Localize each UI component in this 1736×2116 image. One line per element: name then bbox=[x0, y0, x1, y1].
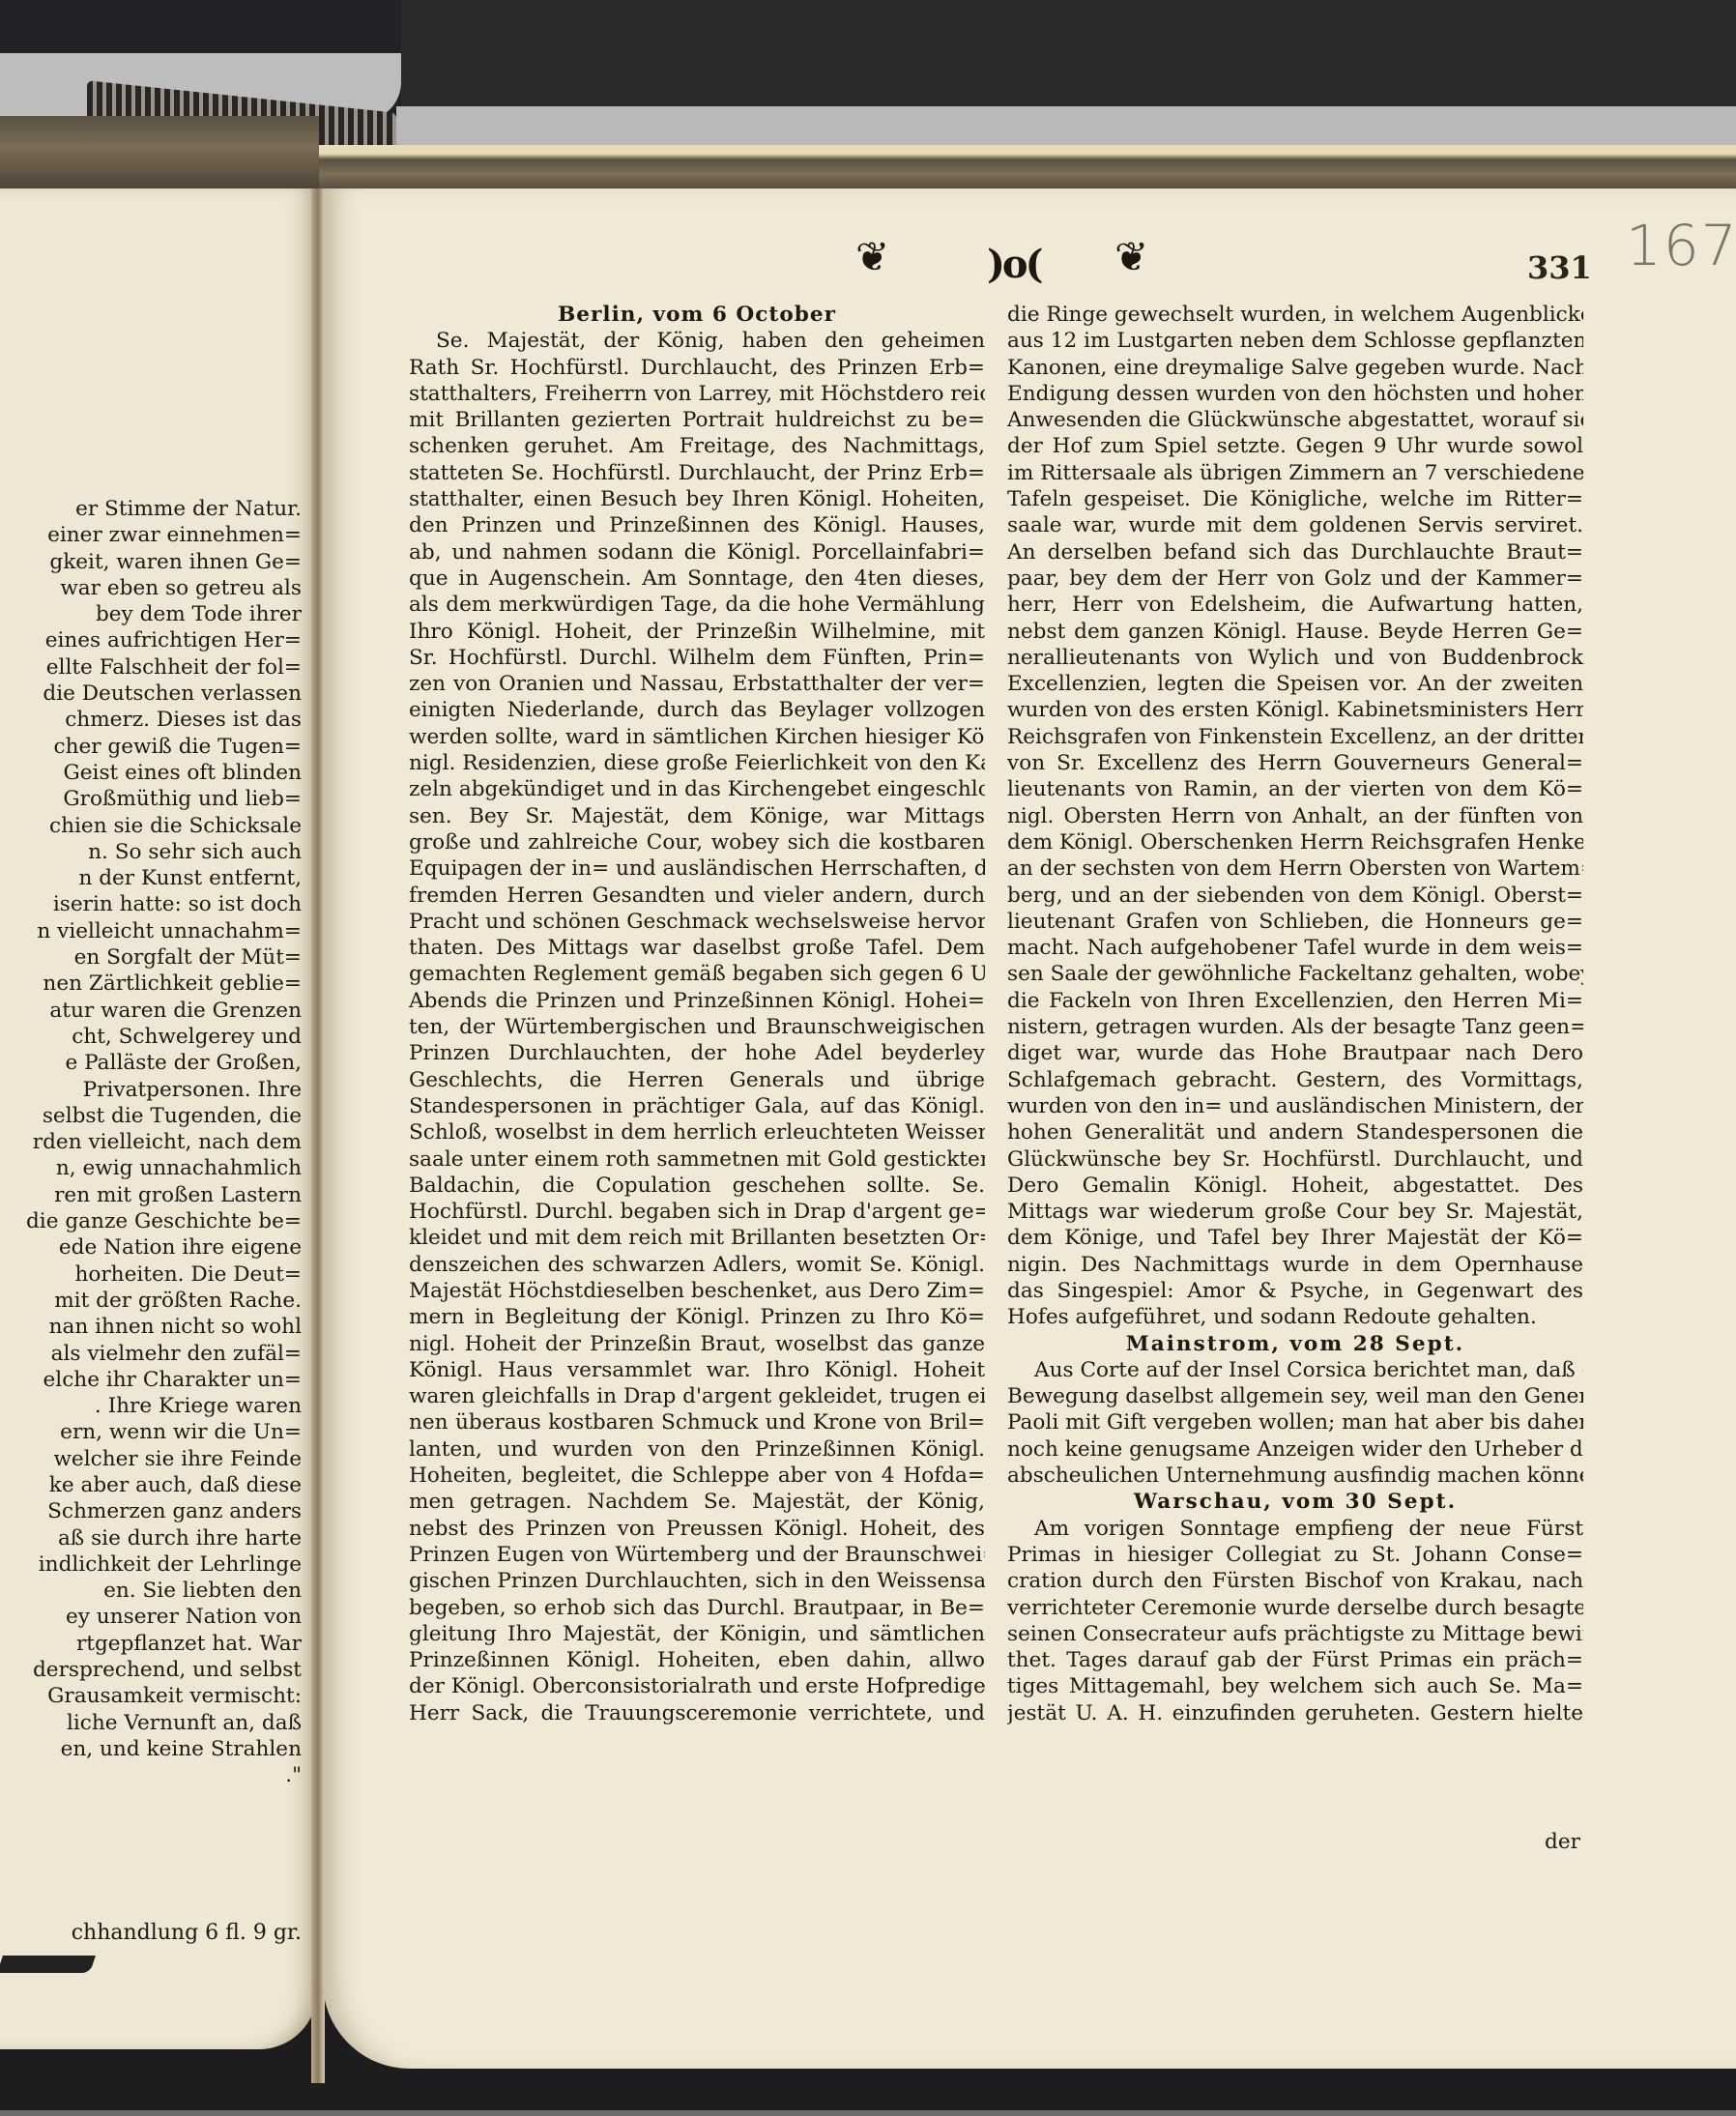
text-line-text: n der Kunst entfernt, bbox=[78, 866, 302, 890]
text-line: Primas in hiesiger Collegiat zu St. Joha… bbox=[1007, 1542, 1583, 1568]
text-line: kleidet und mit dem reich mit Brillanten… bbox=[409, 1225, 985, 1251]
text-line: noch keine genugsame Anzeigen wider den … bbox=[1007, 1436, 1583, 1463]
text-line: n. So sehr sich auch bbox=[0, 839, 302, 865]
text-line-text: en. Sie liebten den bbox=[103, 1579, 302, 1603]
text-line-text: horheiten. Die Deut= bbox=[74, 1262, 302, 1287]
text-line: zeln abgekündiget und in das Kirchengebe… bbox=[409, 776, 985, 802]
text-line: en Sorgfalt der Müt= bbox=[0, 944, 302, 971]
text-line: atur waren die Grenzen bbox=[0, 998, 302, 1024]
text-line: saale war, wurde mit dem goldenen Servis… bbox=[1007, 512, 1583, 538]
text-line: der Königl. Oberconsistorialrath und ers… bbox=[409, 1673, 985, 1699]
text-line: einigten Niederlande, durch das Beylager… bbox=[409, 697, 985, 723]
text-line: wurden von den in= und ausländischen Min… bbox=[1007, 1093, 1583, 1119]
text-line-text: mit der größten Rache. bbox=[54, 1289, 302, 1313]
text-line: Rath Sr. Hochfürstl. Durchlaucht, des Pr… bbox=[409, 355, 985, 381]
pencil-folio-number: 167 bbox=[1626, 213, 1736, 278]
text-line: sen Saale der gewöhnliche Fackeltanz geh… bbox=[1007, 961, 1583, 987]
text-line-text: selbst die Tugenden, die bbox=[43, 1104, 302, 1128]
text-line-text: als vielmehr den zufäl= bbox=[51, 1342, 302, 1366]
text-line-text: er Stimme der Natur. bbox=[75, 497, 302, 521]
text-line-text: chmerz. Dieses ist das bbox=[65, 708, 302, 732]
text-line: rden vielleicht, nach dem bbox=[0, 1129, 302, 1155]
text-line: Schmerzen ganz anders bbox=[0, 1498, 302, 1524]
page-block-edge-right bbox=[319, 145, 1736, 193]
text-line: waren gleichfalls in Drap d'argent gekle… bbox=[409, 1383, 985, 1409]
shell-ornament-icon-right: ❦ bbox=[1114, 237, 1148, 277]
text-line: bey dem Tode ihrer bbox=[0, 601, 302, 627]
text-line: Hoheiten, begleitet, die Schleppe aber v… bbox=[409, 1463, 985, 1489]
text-line-text: ern, wenn wir die Un= bbox=[60, 1420, 302, 1444]
scan-bottom-edge bbox=[0, 2110, 1736, 2116]
text-line: Bewegung daselbst allgemein sey, weil ma… bbox=[1007, 1383, 1583, 1409]
text-line: Standespersonen in prächtiger Gala, auf … bbox=[409, 1093, 985, 1119]
text-line: wurden von des ersten Königl. Kabinetsmi… bbox=[1007, 697, 1583, 723]
text-line: horheiten. Die Deut= bbox=[0, 1261, 302, 1288]
text-line: ern, wenn wir die Un= bbox=[0, 1419, 302, 1445]
text-line: Hochfürstl. Durchl. begaben sich in Drap… bbox=[409, 1199, 985, 1225]
text-line: lanten, und wurden von den Prinzeßinnen … bbox=[409, 1436, 985, 1463]
text-line: cher gewiß die Tugen= bbox=[0, 734, 302, 760]
text-line: Schlafgemach gebracht. Gestern, des Vorm… bbox=[1007, 1067, 1583, 1093]
text-line: ten, der Würtembergischen und Braunschwe… bbox=[409, 1014, 985, 1040]
text-line-text: atur waren die Grenzen bbox=[49, 999, 302, 1023]
dateline-mainstrom: Mainstrom, vom 28 Sept. bbox=[1007, 1331, 1583, 1357]
text-line-text: gkeit, waren ihnen Ge= bbox=[49, 550, 302, 574]
text-line: seinen Consecrateur aufs prächtigste zu … bbox=[1007, 1621, 1583, 1647]
column-left-berlin: Berlin, vom 6 October Se. Majestät, der … bbox=[409, 302, 985, 1726]
catchword: der bbox=[1545, 1830, 1580, 1854]
mainstrom-article-body: Aus Corte auf der Insel Corsica berichte… bbox=[1007, 1357, 1583, 1489]
text-line: nen überaus kostbaren Schmuck und Krone … bbox=[409, 1409, 985, 1435]
text-line: statteten Se. Hochfürstl. Durchlaucht, d… bbox=[409, 460, 985, 486]
text-line: thaten. Des Mittags war daselbst große T… bbox=[409, 935, 985, 961]
text-line-text: welcher sie ihre Feinde bbox=[53, 1447, 302, 1471]
text-line: Abends die Prinzen und Prinzeßinnen Köni… bbox=[409, 988, 985, 1014]
text-line-text: eines aufrichtigen Her= bbox=[45, 628, 302, 652]
text-line-text: ey unserer Nation von bbox=[66, 1605, 302, 1629]
text-line: berg, und an der siebenden von dem König… bbox=[1007, 883, 1583, 909]
left-page-text-fragment: er Stimme der Natur.einer zwar einnehmen… bbox=[0, 496, 302, 1789]
text-line: gischen Prinzen Durchlauchten, sich in d… bbox=[409, 1568, 985, 1594]
text-line: Endigung dessen wurden von den höchsten … bbox=[1007, 381, 1583, 407]
text-line: indlichkeit der Lehrlinge bbox=[0, 1551, 302, 1578]
text-line: macht. Nach aufgehobener Tafel wurde in … bbox=[1007, 935, 1583, 961]
text-line: mit Brillanten gezierten Portrait huldre… bbox=[409, 407, 985, 433]
text-line-text: indlichkeit der Lehrlinge bbox=[39, 1552, 302, 1577]
text-line: abscheulichen Unternehmung ausfindig mac… bbox=[1007, 1463, 1583, 1489]
text-line: Hofes aufgeführet, und sodann Redoute ge… bbox=[1007, 1304, 1583, 1330]
text-line: ab, und nahmen sodann die Königl. Porcel… bbox=[409, 539, 985, 565]
text-line: lieutenant Grafen von Schlieben, die Hon… bbox=[1007, 909, 1583, 935]
text-line-text: einer zwar einnehmen= bbox=[47, 523, 302, 547]
text-line-text: nan ihnen nicht so wohl bbox=[49, 1315, 302, 1339]
text-line: als dem merkwürdigen Tage, da die hohe V… bbox=[409, 592, 985, 618]
text-line: große und zahlreiche Cour, wobey sich di… bbox=[409, 829, 985, 855]
text-line: zen von Oranien und Nassau, Erbstatthalt… bbox=[409, 671, 985, 697]
text-line: saale unter einem roth sammetnen mit Gol… bbox=[409, 1146, 985, 1173]
text-line: gleitung Ihro Majestät, der Königin, und… bbox=[409, 1621, 985, 1647]
text-line: Schloß, woselbst in dem herrlich erleuch… bbox=[409, 1119, 985, 1145]
text-line: nebst des Prinzen von Preussen Königl. H… bbox=[409, 1516, 985, 1542]
text-line-text: rtgepflanzet hat. War bbox=[76, 1632, 302, 1656]
text-line: mit der größten Rache. bbox=[0, 1288, 302, 1314]
text-line-text: en, und keine Strahlen bbox=[61, 1737, 302, 1761]
text-line: lieutenants von Ramin, an der vierten vo… bbox=[1007, 776, 1583, 802]
text-line: nistern, getragen wurden. Als der besagt… bbox=[1007, 1014, 1583, 1040]
text-line: selbst die Tugenden, die bbox=[0, 1103, 302, 1129]
text-line-text: n. So sehr sich auch bbox=[88, 840, 302, 864]
text-line: von Sr. Excellenz des Herrn Gouverneurs … bbox=[1007, 750, 1583, 776]
text-line: die Ringe gewechselt wurden, in welchem … bbox=[1007, 302, 1583, 328]
text-line: Grausamkeit vermischt: bbox=[0, 1683, 302, 1709]
text-line: Königl. Haus versammlet war. Ihro Königl… bbox=[409, 1357, 985, 1383]
dateline-berlin: Berlin, vom 6 October bbox=[409, 302, 985, 328]
text-line: werden sollte, ward in sämtlichen Kirche… bbox=[409, 724, 985, 750]
column-right: die Ringe gewechselt wurden, in welchem … bbox=[1007, 302, 1583, 1726]
text-line-text: bey dem Tode ihrer bbox=[96, 602, 302, 626]
text-line: nerallieutenants von Wylich und von Budd… bbox=[1007, 645, 1583, 671]
warschau-article-body: Am vorigen Sonntage empfieng der neue Fü… bbox=[1007, 1516, 1583, 1726]
left-page: er Stimme der Natur.einer zwar einnehmen… bbox=[0, 188, 317, 2049]
text-line: herr, Herr von Edelsheim, die Aufwartung… bbox=[1007, 592, 1583, 618]
text-line: Majestät Höchstdieselben beschenket, aus… bbox=[409, 1278, 985, 1304]
text-line: gkeit, waren ihnen Ge= bbox=[0, 549, 302, 575]
text-line: nan ihnen nicht so wohl bbox=[0, 1314, 302, 1340]
text-line: begeben, so erhob sich das Durchl. Braut… bbox=[409, 1595, 985, 1621]
berlin-article-body: Se. Majestät, der König, haben den gehei… bbox=[409, 328, 985, 1726]
text-line: liche Vernunft an, daß bbox=[0, 1710, 302, 1736]
page-block-edge-left bbox=[0, 116, 319, 193]
text-line-text: Schmerzen ganz anders bbox=[47, 1499, 302, 1523]
text-line: chmerz. Dieses ist das bbox=[0, 707, 302, 733]
text-line: jestät U. A. H. einzufinden geruheten. G… bbox=[1007, 1700, 1583, 1726]
text-line: als vielmehr den zufäl= bbox=[0, 1341, 302, 1367]
berlin-article-continued: die Ringe gewechselt wurden, in welchem … bbox=[1007, 302, 1583, 1331]
text-line: Excellenzien, legten die Speisen vor. An… bbox=[1007, 671, 1583, 697]
text-line: cht, Schwelgerey und bbox=[0, 1024, 302, 1050]
text-line: die ganze Geschichte be= bbox=[0, 1208, 302, 1234]
text-line: Kanonen, eine dreymalige Salve gegeben w… bbox=[1007, 355, 1583, 381]
text-line: Privatpersonen. Ihre bbox=[0, 1077, 302, 1103]
text-line: paar, bey dem der Herr von Golz und der … bbox=[1007, 565, 1583, 592]
text-line-text: ede Nation ihre eigene bbox=[59, 1235, 302, 1260]
text-line: rtgepflanzet hat. War bbox=[0, 1631, 302, 1657]
price-line: chhandlung 6 fl. 9 gr. bbox=[0, 1921, 302, 1945]
text-line: Prinzen Durchlauchten, der hohe Adel bey… bbox=[409, 1040, 985, 1066]
text-line: Tafeln gespeiset. Die Königliche, welche… bbox=[1007, 486, 1583, 512]
text-line: Se. Majestät, der König, haben den gehei… bbox=[409, 328, 985, 354]
text-line: en. Sie liebten den bbox=[0, 1578, 302, 1604]
page-number: 331 bbox=[1527, 249, 1592, 286]
text-line: nen Zärtlichkeit geblie= bbox=[0, 971, 302, 997]
text-line: welcher sie ihre Feinde bbox=[0, 1446, 302, 1472]
text-line: Aus Corte auf der Insel Corsica berichte… bbox=[1007, 1357, 1583, 1383]
text-line: n der Kunst entfernt, bbox=[0, 865, 302, 891]
text-line: chien sie die Schicksale bbox=[0, 813, 302, 839]
text-line: statthalter, einen Besuch bey Ihren Köni… bbox=[409, 486, 985, 512]
text-line: die Deutschen verlassen bbox=[0, 681, 302, 707]
dateline-warschau: Warschau, vom 30 Sept. bbox=[1007, 1489, 1583, 1515]
text-line-text: die Deutschen verlassen bbox=[43, 681, 302, 706]
text-line: schenken geruhet. Am Freitage, des Nachm… bbox=[409, 433, 985, 459]
text-line: nigl. Hoheit der Prinzeßin Braut, woselb… bbox=[409, 1331, 985, 1357]
text-line: Ihro Königl. Hoheit, der Prinzeßin Wilhe… bbox=[409, 619, 985, 645]
text-line-text: aß sie durch ihre harte bbox=[58, 1526, 302, 1551]
text-line: cration durch den Fürsten Bischof von Kr… bbox=[1007, 1568, 1583, 1594]
text-line-text: die ganze Geschichte be= bbox=[26, 1209, 302, 1233]
text-line: iserin hatte: so ist doch bbox=[0, 891, 302, 917]
text-line: den Prinzen und Prinzeßinnen des Königl.… bbox=[409, 512, 985, 538]
text-line: dem Königl. Oberschenken Herrn Reichsgra… bbox=[1007, 829, 1583, 855]
text-line: ellte Falschheit der fol= bbox=[0, 654, 302, 681]
text-line: gemachten Reglement gemäß begaben sich g… bbox=[409, 961, 985, 987]
text-line: einer zwar einnehmen= bbox=[0, 522, 302, 548]
text-line: denszeichen des schwarzen Adlers, womit … bbox=[409, 1252, 985, 1278]
text-line: Sr. Hochfürstl. Durchl. Wilhelm dem Fünf… bbox=[409, 645, 985, 671]
text-line-text: Grausamkeit vermischt: bbox=[47, 1684, 302, 1708]
text-line: der Hof zum Spiel setzte. Gegen 9 Uhr wu… bbox=[1007, 433, 1583, 459]
text-line: diget war, wurde das Hohe Brautpaar nach… bbox=[1007, 1040, 1583, 1066]
text-line-text: rden vielleicht, nach dem bbox=[33, 1130, 302, 1154]
text-line: Pracht und schönen Geschmack wechselswei… bbox=[409, 909, 985, 935]
text-line-text: Geist eines oft blinden bbox=[64, 761, 302, 785]
text-line: Herr Sack, die Trauungsceremonie verrich… bbox=[409, 1700, 985, 1726]
text-line: tiges Mittagemahl, bey welchem sich auch… bbox=[1007, 1673, 1583, 1699]
text-line: war eben so getreu als bbox=[0, 575, 302, 601]
text-line: n vielleicht unnachahm= bbox=[0, 918, 302, 944]
text-line: Prinzen Eugen von Würtemberg und der Bra… bbox=[409, 1542, 985, 1568]
text-line: ey unserer Nation von bbox=[0, 1604, 302, 1630]
text-line: aus 12 im Lustgarten neben dem Schlosse … bbox=[1007, 328, 1583, 354]
text-line-text: n, ewig unnachahmlich bbox=[56, 1156, 302, 1180]
text-line: . Ihre Kriege waren bbox=[0, 1393, 302, 1419]
text-line: die Fackeln von Ihren Excellenzien, den … bbox=[1007, 988, 1583, 1014]
text-line: dersprechend, und selbst bbox=[0, 1657, 302, 1683]
text-line-text: ren mit großen Lastern bbox=[54, 1183, 302, 1207]
text-line: Reichsgrafen von Finkenstein Excellenz, … bbox=[1007, 724, 1583, 750]
text-line: verrichteter Ceremonie wurde derselbe du… bbox=[1007, 1595, 1583, 1621]
text-line: Großmüthig und lieb= bbox=[0, 786, 302, 812]
text-line: que in Augenschein. Am Sonntage, den 4te… bbox=[409, 565, 985, 592]
text-line-text: ellte Falschheit der fol= bbox=[46, 655, 302, 680]
text-line: Mittags war wiederum große Cour bey Sr. … bbox=[1007, 1199, 1583, 1225]
text-line: aß sie durch ihre harte bbox=[0, 1525, 302, 1551]
text-line: Geist eines oft blinden bbox=[0, 760, 302, 786]
text-line-text: chien sie die Schicksale bbox=[49, 814, 302, 838]
text-line-text: dersprechend, und selbst bbox=[33, 1658, 302, 1682]
text-line: statthalters, Freiherrn von Larrey, mit … bbox=[409, 381, 985, 407]
text-line: nigl. Residenzien, diese große Feierlich… bbox=[409, 750, 985, 776]
text-line-text: ke aber auch, daß diese bbox=[49, 1473, 302, 1497]
text-line-text: en Sorgfalt der Müt= bbox=[74, 945, 302, 970]
text-line: sen. Bey Sr. Majestät, dem Könige, war M… bbox=[409, 803, 985, 829]
text-line-text: Großmüthig und lieb= bbox=[63, 787, 302, 811]
text-line: An derselben befand sich das Durchlaucht… bbox=[1007, 539, 1583, 565]
text-line: e Palläste der Großen, bbox=[0, 1050, 302, 1076]
center-ornament: )o( bbox=[987, 242, 1041, 287]
text-line: Geschlechts, die Herren Generals und übr… bbox=[409, 1067, 985, 1093]
text-line: Glückwünsche bey Sr. Hochfürstl. Durchla… bbox=[1007, 1146, 1583, 1173]
text-line-text: n vielleicht unnachahm= bbox=[37, 919, 302, 943]
text-line-text: e Palläste der Großen, bbox=[65, 1051, 302, 1075]
text-line: Equipagen der in= und ausländischen Herr… bbox=[409, 855, 985, 882]
text-line: Anwesenden die Glückwünsche abgestattet,… bbox=[1007, 407, 1583, 433]
text-line-text: ." bbox=[285, 1763, 302, 1787]
text-line: thet. Tages darauf gab der Fürst Primas … bbox=[1007, 1647, 1583, 1673]
text-line-text: Privatpersonen. Ihre bbox=[83, 1078, 302, 1102]
text-line: mern in Begleitung der Königl. Prinzen z… bbox=[409, 1304, 985, 1330]
text-line-text: nen Zärtlichkeit geblie= bbox=[43, 971, 302, 996]
text-line: ede Nation ihre eigene bbox=[0, 1234, 302, 1261]
text-line-text: elche ihr Charakter un= bbox=[43, 1368, 302, 1392]
text-line: dem Könige, und Tafel bey Ihrer Majestät… bbox=[1007, 1225, 1583, 1251]
text-line: n, ewig unnachahmlich bbox=[0, 1155, 302, 1181]
text-line: nigin. Des Nachmittags wurde in dem Oper… bbox=[1007, 1252, 1583, 1278]
text-line-text: iserin hatte: so ist doch bbox=[53, 892, 302, 916]
text-line: ." bbox=[0, 1762, 302, 1788]
text-line: men getragen. Nachdem Se. Majestät, der … bbox=[409, 1489, 985, 1515]
shell-ornament-icon-left: ❦ bbox=[855, 237, 889, 277]
text-line: Am vorigen Sonntage empfieng der neue Fü… bbox=[1007, 1516, 1583, 1542]
text-line: ke aber auch, daß diese bbox=[0, 1472, 302, 1498]
text-line: ren mit großen Lastern bbox=[0, 1182, 302, 1208]
text-line-text: cht, Schwelgerey und bbox=[72, 1025, 302, 1049]
end-rule-ornament bbox=[0, 1956, 96, 1973]
text-line: im Rittersaale als übrigen Zimmern an 7 … bbox=[1007, 460, 1583, 486]
text-line-text: liche Vernunft an, daß bbox=[67, 1711, 302, 1735]
text-line: Dero Gemalin Königl. Hoheit, abgestattet… bbox=[1007, 1173, 1583, 1199]
text-line-text: . Ihre Kriege waren bbox=[95, 1394, 302, 1418]
text-line-text: cher gewiß die Tugen= bbox=[53, 735, 302, 759]
text-line: nebst dem ganzen Königl. Hause. Beyde He… bbox=[1007, 619, 1583, 645]
text-line-text: war eben so getreu als bbox=[60, 576, 302, 600]
text-line: hohen Generalität und andern Standespers… bbox=[1007, 1119, 1583, 1145]
text-line: eines aufrichtigen Her= bbox=[0, 627, 302, 653]
text-line: an der sechsten von dem Herrn Obersten v… bbox=[1007, 855, 1583, 882]
text-line: fremden Herren Gesandten und vieler ande… bbox=[409, 883, 985, 909]
text-line: en, und keine Strahlen bbox=[0, 1736, 302, 1762]
text-line: Paoli mit Gift vergeben wollen; man hat … bbox=[1007, 1409, 1583, 1435]
text-line: Baldachin, die Copulation geschehen soll… bbox=[409, 1173, 985, 1199]
book-cover-inner bbox=[401, 0, 1736, 116]
text-line: das Singespiel: Amor & Psyche, in Gegenw… bbox=[1007, 1278, 1583, 1304]
text-line: nigl. Obersten Herrn von Anhalt, an der … bbox=[1007, 803, 1583, 829]
text-line: elche ihr Charakter un= bbox=[0, 1367, 302, 1393]
price-text: chhandlung 6 fl. 9 gr. bbox=[72, 1921, 302, 1945]
text-line: Prinzeßinnen Königl. Hoheiten, eben dahi… bbox=[409, 1647, 985, 1673]
book-headband-right bbox=[396, 106, 1736, 150]
text-line: er Stimme der Natur. bbox=[0, 496, 302, 522]
